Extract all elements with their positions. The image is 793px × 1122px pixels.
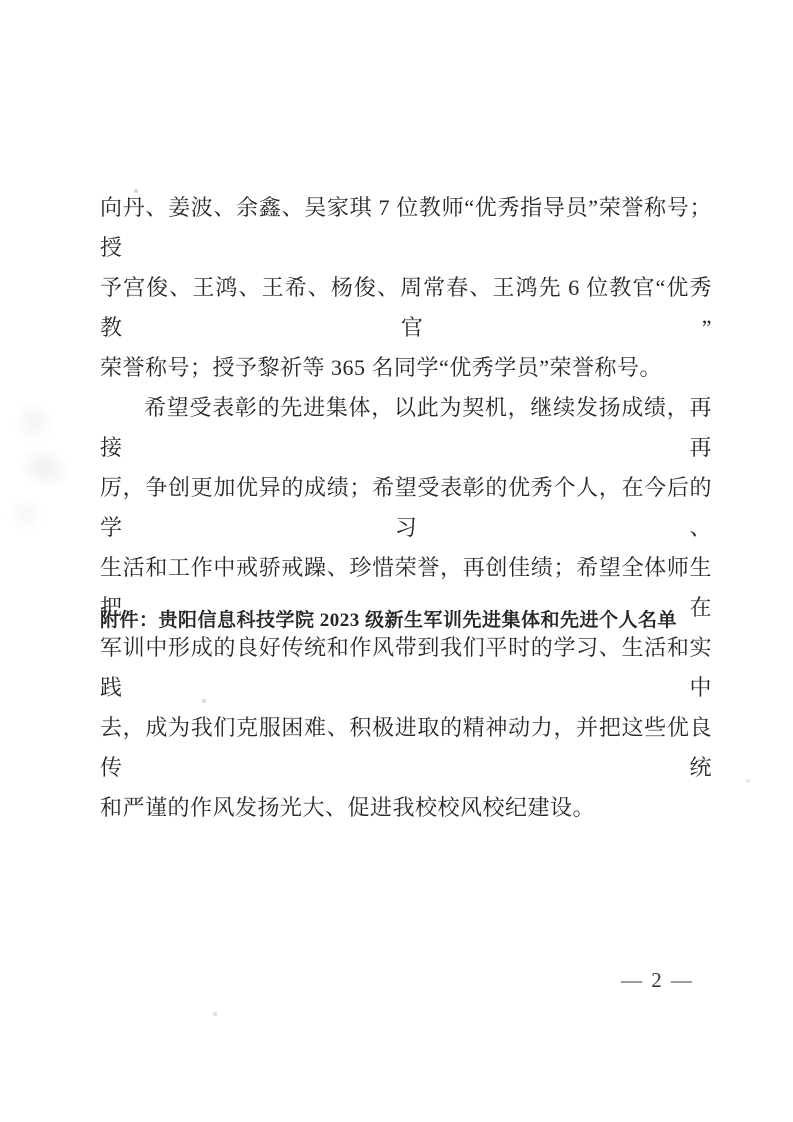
attachment-note: 附件：贵阳信息科技学院 2023 级新生军训先进集体和先进个人名单 bbox=[100, 601, 712, 641]
scanned-document-page: 向丹、姜波、余鑫、吴家琪 7 位教师“优秀指导员”荣誉称号；授 予宫俊、王鸿、王… bbox=[0, 0, 793, 1122]
body-line: 荣誉称号；授予黎祈等 365 名同学“优秀学员”荣誉称号。 bbox=[100, 348, 712, 388]
scan-noise-specks bbox=[0, 0, 2, 2]
page-number: — 2 — bbox=[621, 966, 694, 994]
smudge-blob bbox=[3, 430, 88, 506]
body-line: 厉，争创更加优异的成绩；希望受表彰的优秀个人，在今后的学习、 bbox=[100, 468, 712, 548]
document-body: 向丹、姜波、余鑫、吴家琪 7 位教师“优秀指导员”荣誉称号；授 予宫俊、王鸿、王… bbox=[100, 188, 712, 828]
body-line: 去，成为我们克服困难、积极进取的精神动力，并把这些优良传统 bbox=[100, 708, 712, 788]
stamp-smudge bbox=[0, 392, 66, 542]
body-line: 向丹、姜波、余鑫、吴家琪 7 位教师“优秀指导员”荣誉称号；授 bbox=[100, 188, 712, 268]
body-line: 予宫俊、王鸿、王希、杨俊、周常春、王鸿先 6 位教官“优秀教官” bbox=[100, 268, 712, 348]
smudge-blob bbox=[0, 381, 75, 463]
paragraph-awards: 向丹、姜波、余鑫、吴家琪 7 位教师“优秀指导员”荣誉称号；授 予宫俊、王鸿、王… bbox=[100, 188, 712, 388]
body-line: 和严谨的作风发扬光大、促进我校校风校纪建设。 bbox=[100, 788, 712, 828]
smudge-blob bbox=[0, 483, 57, 547]
body-line: 希望受表彰的先进集体，以此为契机，继续发扬成绩，再接再 bbox=[100, 388, 712, 468]
